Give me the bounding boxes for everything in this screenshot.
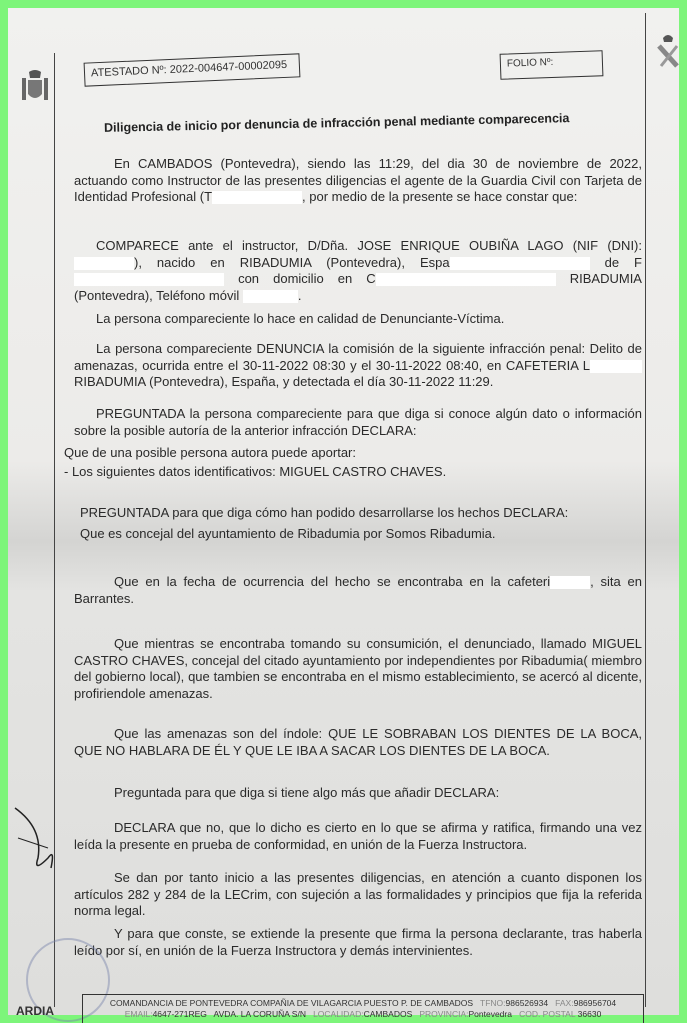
- footer-line-2: EMAIL:4647-271REG AVDA. LA CORUÑA S/N LO…: [83, 1009, 643, 1020]
- document-page: ATESTADO Nº: 2022-004647-00002095 FOLIO …: [8, 8, 679, 1015]
- paragraph-inicio-diligencias: Se dan por tanto inicio a las presentes …: [74, 870, 642, 920]
- document-title: Diligencia de inicio por denuncia de inf…: [104, 111, 570, 135]
- paragraph-denuncia: La persona compareciente DENUNCIA la com…: [74, 341, 642, 391]
- paragraph-autora: Que de una posible persona autora puede …: [64, 445, 632, 462]
- paragraph-declara-no: DECLARA que no, que lo dicho es cierto e…: [74, 820, 642, 853]
- margin-stamp-text: ARDIA: [16, 1004, 54, 1018]
- footer-line-1: COMANDANCIA DE PONTEVEDRA COMPAÑIA DE VI…: [83, 998, 643, 1009]
- signature-mark: [13, 798, 58, 878]
- paragraph-conste: Y para que conste, se extiende la presen…: [74, 926, 642, 959]
- paragraph-algo-mas: Preguntada para que diga si tiene algo m…: [74, 785, 642, 802]
- paragraph-calidad: La persona compareciente lo hace en cali…: [74, 311, 642, 328]
- atestado-number: 2022-004647-00002095: [170, 59, 288, 76]
- paragraph-intro: En CAMBADOS (Pontevedra), siendo las 11:…: [74, 156, 642, 206]
- paragraph-comparece: COMPARECE ante el instructor, D/Dña. JOS…: [74, 238, 642, 304]
- paragraph-preguntada-autoria: PREGUNTADA la persona compareciente para…: [74, 406, 642, 439]
- footer-address-box: COMANDANCIA DE PONTEVEDRA COMPAÑIA DE VI…: [82, 994, 644, 1023]
- atestado-number-box: ATESTADO Nº: 2022-004647-00002095: [84, 53, 301, 86]
- atestado-label: ATESTADO Nº:: [91, 64, 167, 79]
- paragraph-hechos: Que mientras se encontraba tomando su co…: [74, 636, 642, 702]
- paragraph-cafeteria: Que en la fecha de ocurrencia del hecho …: [74, 574, 642, 607]
- paragraph-identificativos: - Los siguientes datos identificativos: …: [64, 464, 632, 481]
- folio-box: FOLIO Nº:: [500, 50, 604, 80]
- folio-label: FOLIO Nº:: [507, 57, 554, 70]
- paragraph-amenazas: Que las amenazas son del índole: QUE LE …: [74, 726, 642, 759]
- paragraph-preguntada-hechos: PREGUNTADA para que diga cómo han podido…: [80, 505, 648, 522]
- guardia-civil-emblem-icon: [653, 30, 683, 70]
- paragraph-concejal: Que es concejal del ayuntamiento de Riba…: [80, 526, 648, 543]
- spain-coat-of-arms-icon: [20, 68, 50, 104]
